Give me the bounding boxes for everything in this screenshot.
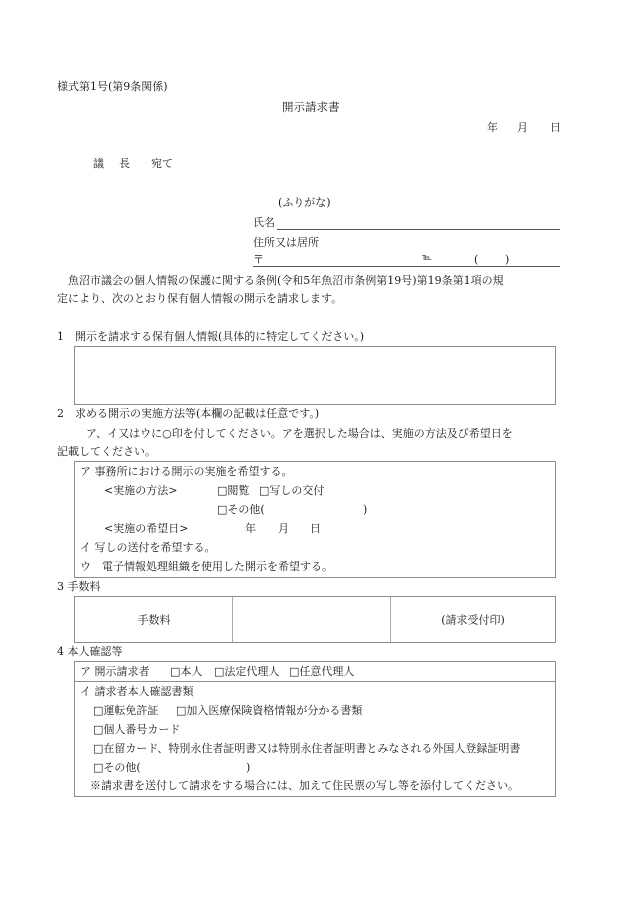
doc-option-other[interactable]: □その他( <box>93 761 141 774</box>
option-a[interactable]: ア 事務所における開示の実施を希望する。 <box>80 465 293 478</box>
desired-date-day[interactable]: 日 <box>310 522 321 535</box>
method-option-copy[interactable]: □写しの交付 <box>259 484 324 497</box>
fee-divider-2 <box>390 597 391 642</box>
intro-line-2: 定により、次のとおり保有個人情報の開示を請求します。 <box>57 292 342 305</box>
requester-option-self[interactable]: □本人 <box>170 665 202 678</box>
section3-heading: 3 手数料 <box>57 580 101 593</box>
date-month-label: 月 <box>517 121 528 134</box>
section4-note: ※請求書を送付して請求をする場合には、加えて住民票の写し等を添付してください。 <box>90 779 519 792</box>
addressee-suffix: 宛て <box>151 157 173 170</box>
requester-label: ア 開示請求者 <box>80 665 150 678</box>
addressee-title-1: 議 <box>93 157 104 170</box>
date-label: <実施の希望日> <box>104 522 188 535</box>
method-label: <実施の方法> <box>104 484 177 497</box>
postal-mark: 〒 <box>253 253 264 266</box>
docs-label: イ 請求者本人確認書類 <box>80 685 194 698</box>
section4-heading: 4 本人確認等 <box>57 645 123 658</box>
method-option-other[interactable]: □その他( <box>217 503 265 516</box>
doc-option-license[interactable]: □運転免許証 <box>93 704 158 717</box>
section2-note-line-2: 記載してください。 <box>57 445 156 458</box>
section1-input-box[interactable] <box>74 346 556 405</box>
stamp-label: (請求受付印) <box>441 613 505 626</box>
option-b[interactable]: イ 写しの送付を希望する。 <box>80 541 216 554</box>
section1-heading: 1 開示を請求する保有個人情報(具体的に特定してください。) <box>57 330 364 343</box>
date-year-label: 年 <box>487 121 498 134</box>
section2-heading: 2 求める開示の実施方法等(本欄の記載は任意です。) <box>57 407 319 420</box>
address-input-line[interactable] <box>253 266 560 267</box>
name-label: 氏名 <box>253 216 275 229</box>
intro-line-1: 魚沼市議会の個人情報の保護に関する条例(令和5年魚沼市条例第19号)第19条第1… <box>68 274 504 287</box>
doc-option-mynumber[interactable]: □個人番号カード <box>93 723 180 736</box>
desired-date-year[interactable]: 年 <box>245 522 256 535</box>
section2-box: ア 事務所における開示の実施を希望する。 <実施の方法> □閲覧 □写しの交付 … <box>74 461 556 578</box>
section2-note-line-1: ア、イ又はウに○印を付してください。アを選択した場合は、実施の方法及び希望日を <box>86 427 513 440</box>
requester-option-legal[interactable]: □法定代理人 <box>214 665 279 678</box>
doc-other-close: ) <box>246 761 250 774</box>
doc-option-residence-card[interactable]: □在留カード、特別永住者証明書又は特別永住者証明書とみなされる外国人登録証明書 <box>93 742 520 755</box>
furigana-label: (ふりがな) <box>278 196 331 209</box>
tel-label: ℡ <box>422 253 432 264</box>
page-title: 開示請求書 <box>282 101 340 115</box>
section4-row-divider <box>75 681 555 682</box>
fee-divider-1 <box>232 597 233 642</box>
method-other-close: ) <box>363 503 367 516</box>
fee-table: 手数料 (請求受付印) <box>74 596 556 643</box>
requester-option-voluntary[interactable]: □任意代理人 <box>289 665 354 678</box>
desired-date-month[interactable]: 月 <box>278 522 289 535</box>
method-option-view[interactable]: □閲覧 <box>217 484 249 497</box>
addressee-title-2: 長 <box>119 157 130 170</box>
fee-label: 手数料 <box>138 613 171 626</box>
section4-box: ア 開示請求者 □本人 □法定代理人 □任意代理人 イ 請求者本人確認書類 □運… <box>74 661 556 797</box>
name-input-line[interactable] <box>277 229 560 230</box>
tel-paren-close: ) <box>505 253 509 266</box>
tel-paren-open: ( <box>474 253 478 266</box>
date-day-label: 日 <box>550 121 561 134</box>
doc-option-insurance[interactable]: □加入医療保険資格情報が分かる書類 <box>176 704 362 717</box>
option-c[interactable]: ウ 電子情報処理組織を使用した開示を希望する。 <box>80 560 333 573</box>
form-number: 様式第1号(第9条関係) <box>57 80 168 93</box>
address-label: 住所又は居所 <box>253 236 319 249</box>
